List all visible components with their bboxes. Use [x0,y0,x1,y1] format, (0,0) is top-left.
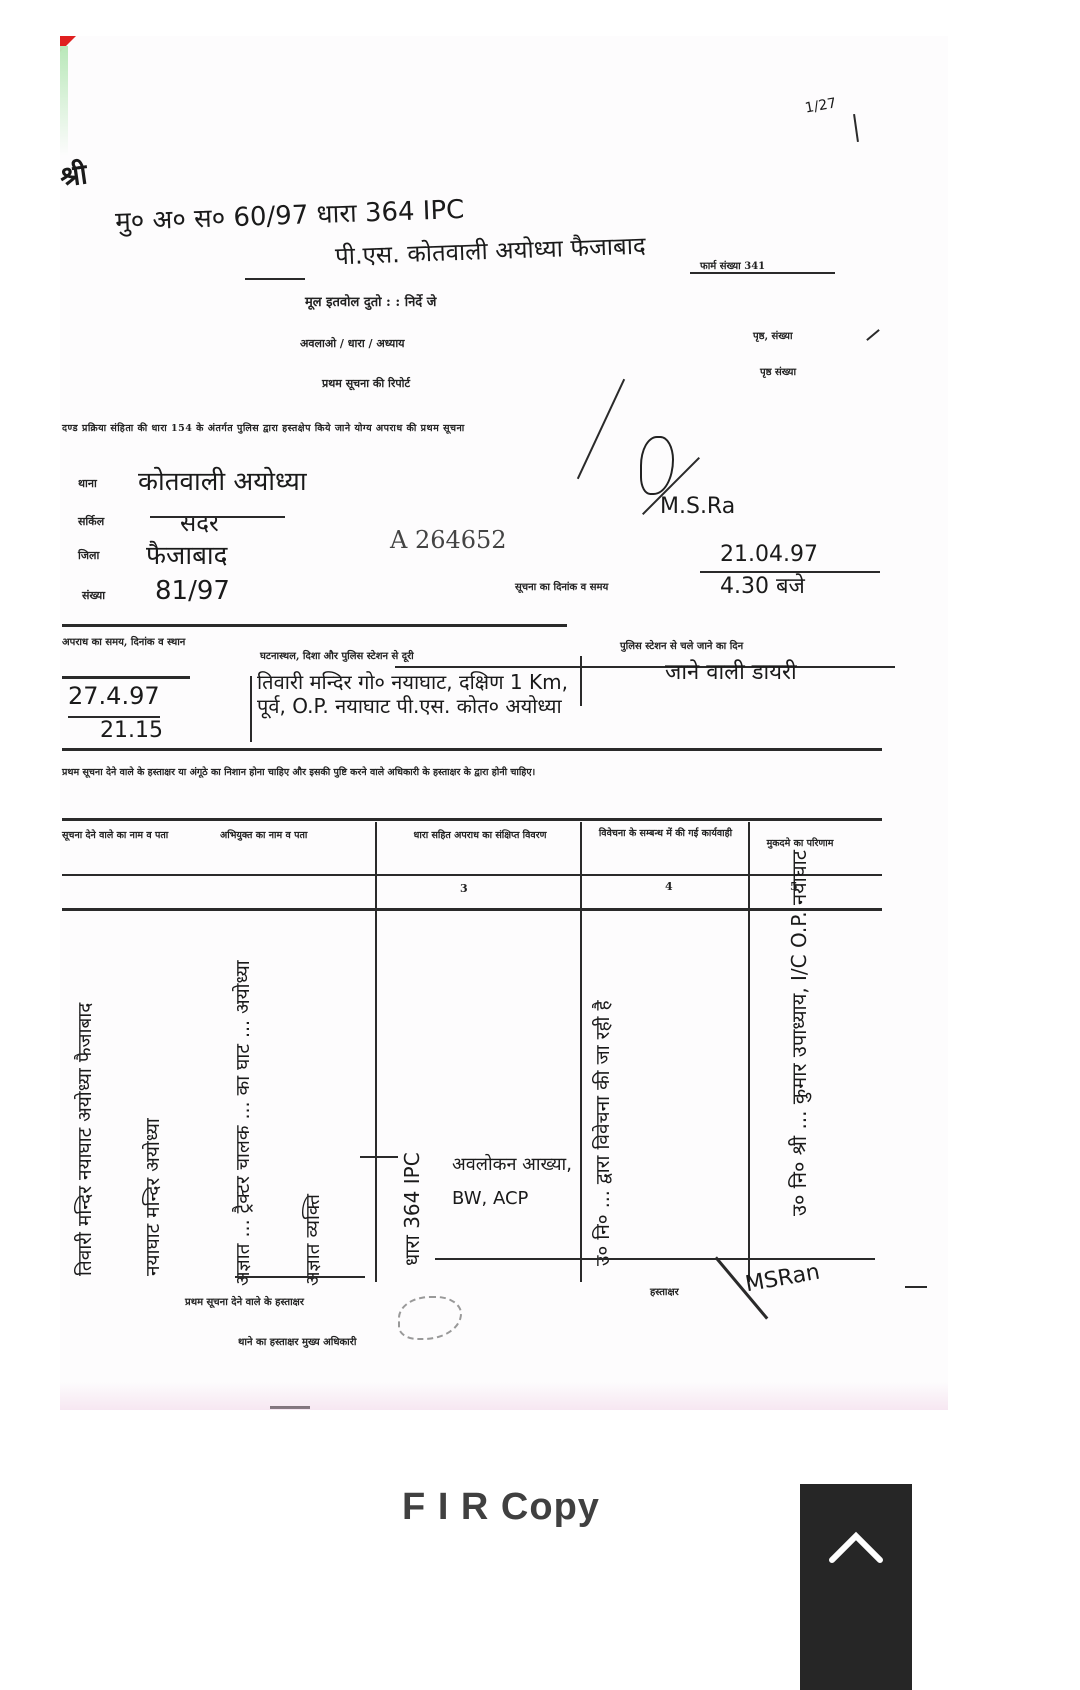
serial-stamp: A 264652 [390,526,507,554]
action-text: अवलोकन आख्या, BW, ACP [452,1148,572,1216]
margin-tick [866,329,880,341]
form-number-underline [690,272,835,274]
heading-rule [245,278,305,280]
field-label-number: संख्या [82,588,105,603]
right-label-2: पृष्ठ संख्या [760,364,796,378]
scroll-to-top-button[interactable] [800,1484,912,1690]
table1-rule-right [395,666,895,668]
scan-bottom-edge [60,1382,948,1410]
incident-time: 21.15 [100,718,163,743]
chevron-up-icon [828,1530,884,1564]
initials-scrawl: श्री [60,154,90,195]
printed-subheading-2: प्रथम सूचना की रिपोर्ट [322,376,410,391]
investigation-text: उ० नि० ... द्वारा विवेचना की जा रही है [590,926,616,1266]
field-label-district: जिला [78,548,99,563]
table2-bottom-rule-2 [435,1258,875,1260]
signature-stroke [577,379,625,480]
table2-header-investigation: विवेचना के सम्बन्ध में की गई कार्यवाही [588,826,743,839]
offence-text: धारा 364 IPC [398,1066,425,1266]
table1-header-time: अपराध का समय, दिनांक व स्थान [62,634,222,648]
report-label: सूचना का दिनांक व समय [515,579,608,593]
field-value-number: 81/97 [155,576,230,606]
report-date: 21.04.97 [720,542,818,567]
table1-bottom-rule [62,748,882,751]
table2-top-rule [62,818,882,821]
col-number-4: 4 [665,880,673,893]
field-value-district: फैजाबाद [146,536,227,572]
scan-edge-tint [60,46,68,156]
table2-header-accused: अभियुक्त का नाम व पता [220,828,360,841]
section-note: दण्ड प्रक्रिया संहिता की धारा 154 के अंत… [62,421,465,434]
table2-bottom-rule-1 [235,1276,365,1278]
station-seal [398,1296,462,1340]
right-label-1: पृष्ठ, संख्या [753,328,793,342]
table2-divider-1 [375,822,377,1282]
table2-divider-3 [748,822,750,1282]
station-line: पी.एस. कोतवाली अयोध्या फैजाबाद [335,229,647,273]
incident-place: तिवारी मन्दिर गो० नयाघाट, दक्षिण 1 Km, प… [257,670,602,718]
officer-signature: M.S.Ra [660,494,735,519]
offence-tick [360,1156,398,1158]
table2-header-offence: धारा सहित अपराध का संक्षिप्त विवरण [385,828,575,841]
page-mark: 1/27 [804,95,838,116]
table2-number-rule [62,908,882,911]
table2-divider-2 [580,822,582,1282]
table2-header-informant: सूचना देने वाले का नाम व पता [62,828,202,841]
incident-date: 27.4.97 [68,682,160,710]
report-time: 4.30 बजे [720,570,805,600]
field-label-station: थाना [78,476,97,491]
field-label-circle: सर्किल [78,514,104,529]
informant-text: तिवारी मन्दिर नयाघाट अयोध्या फैजाबाद [72,916,98,1276]
margin-dash [905,1286,927,1288]
section-rule [62,624,567,627]
departure-note: जाने वाली डायरी [665,656,797,686]
table1-rule-left [62,676,190,679]
printed-heading: मूल इतवोल दुतो : : निर्दे जे [305,292,436,310]
accused-text: अज्ञात ... ट्रैक्टर चालक ... का घाट ... … [230,916,256,1286]
printed-subheading-1: अवलाओ / धारा / अध्याय [300,336,405,351]
bottom-printed-2: थाने का हस्ताक्षर मुख्य अधिकारी [238,1334,356,1348]
table1-header-departure: पुलिस स्टेशन से चले जाने का दिन [620,638,743,652]
result-text: उ० नि० श्री ... कुमार उपाध्याय, I/C O.P.… [785,956,813,1216]
informant-text-2: नयाघाट मन्दिर अयोध्या [140,916,166,1276]
footnote: प्रथम सूचना देने वाले के हस्ताक्षर या अं… [62,758,882,788]
field-value-circle: सदर [180,506,219,539]
table2-header-result: मुकदमे का परिणाम [755,836,845,849]
accused-note: अज्ञात व्यक्ति [300,916,326,1286]
circle-rule [150,516,285,518]
bottom-printed-1: प्रथम सूचना देने वाले के हस्ताक्षर [185,1294,304,1308]
table2-header-rule [62,874,882,876]
table1-header-place: घटनास्थल, दिशा और पुलिस स्टेशन से दूरी [260,648,414,662]
table1-divider [250,676,252,742]
case-line: मु० अ० स० 60/97 धारा 364 IPC [114,190,464,238]
bottom-right-label: हस्ताक्षर [650,1284,679,1298]
bottom-signature: MSRan [743,1260,821,1298]
form-number-label: फार्म संख्या 341 [700,258,765,272]
page-mark-stroke [853,114,859,142]
fir-document-image: 1/27 श्री मु० अ० स० 60/97 धारा 364 IPC प… [60,36,948,1410]
col-number-3: 3 [460,882,468,895]
field-value-station: कोतवाली अयोध्या [138,462,307,498]
